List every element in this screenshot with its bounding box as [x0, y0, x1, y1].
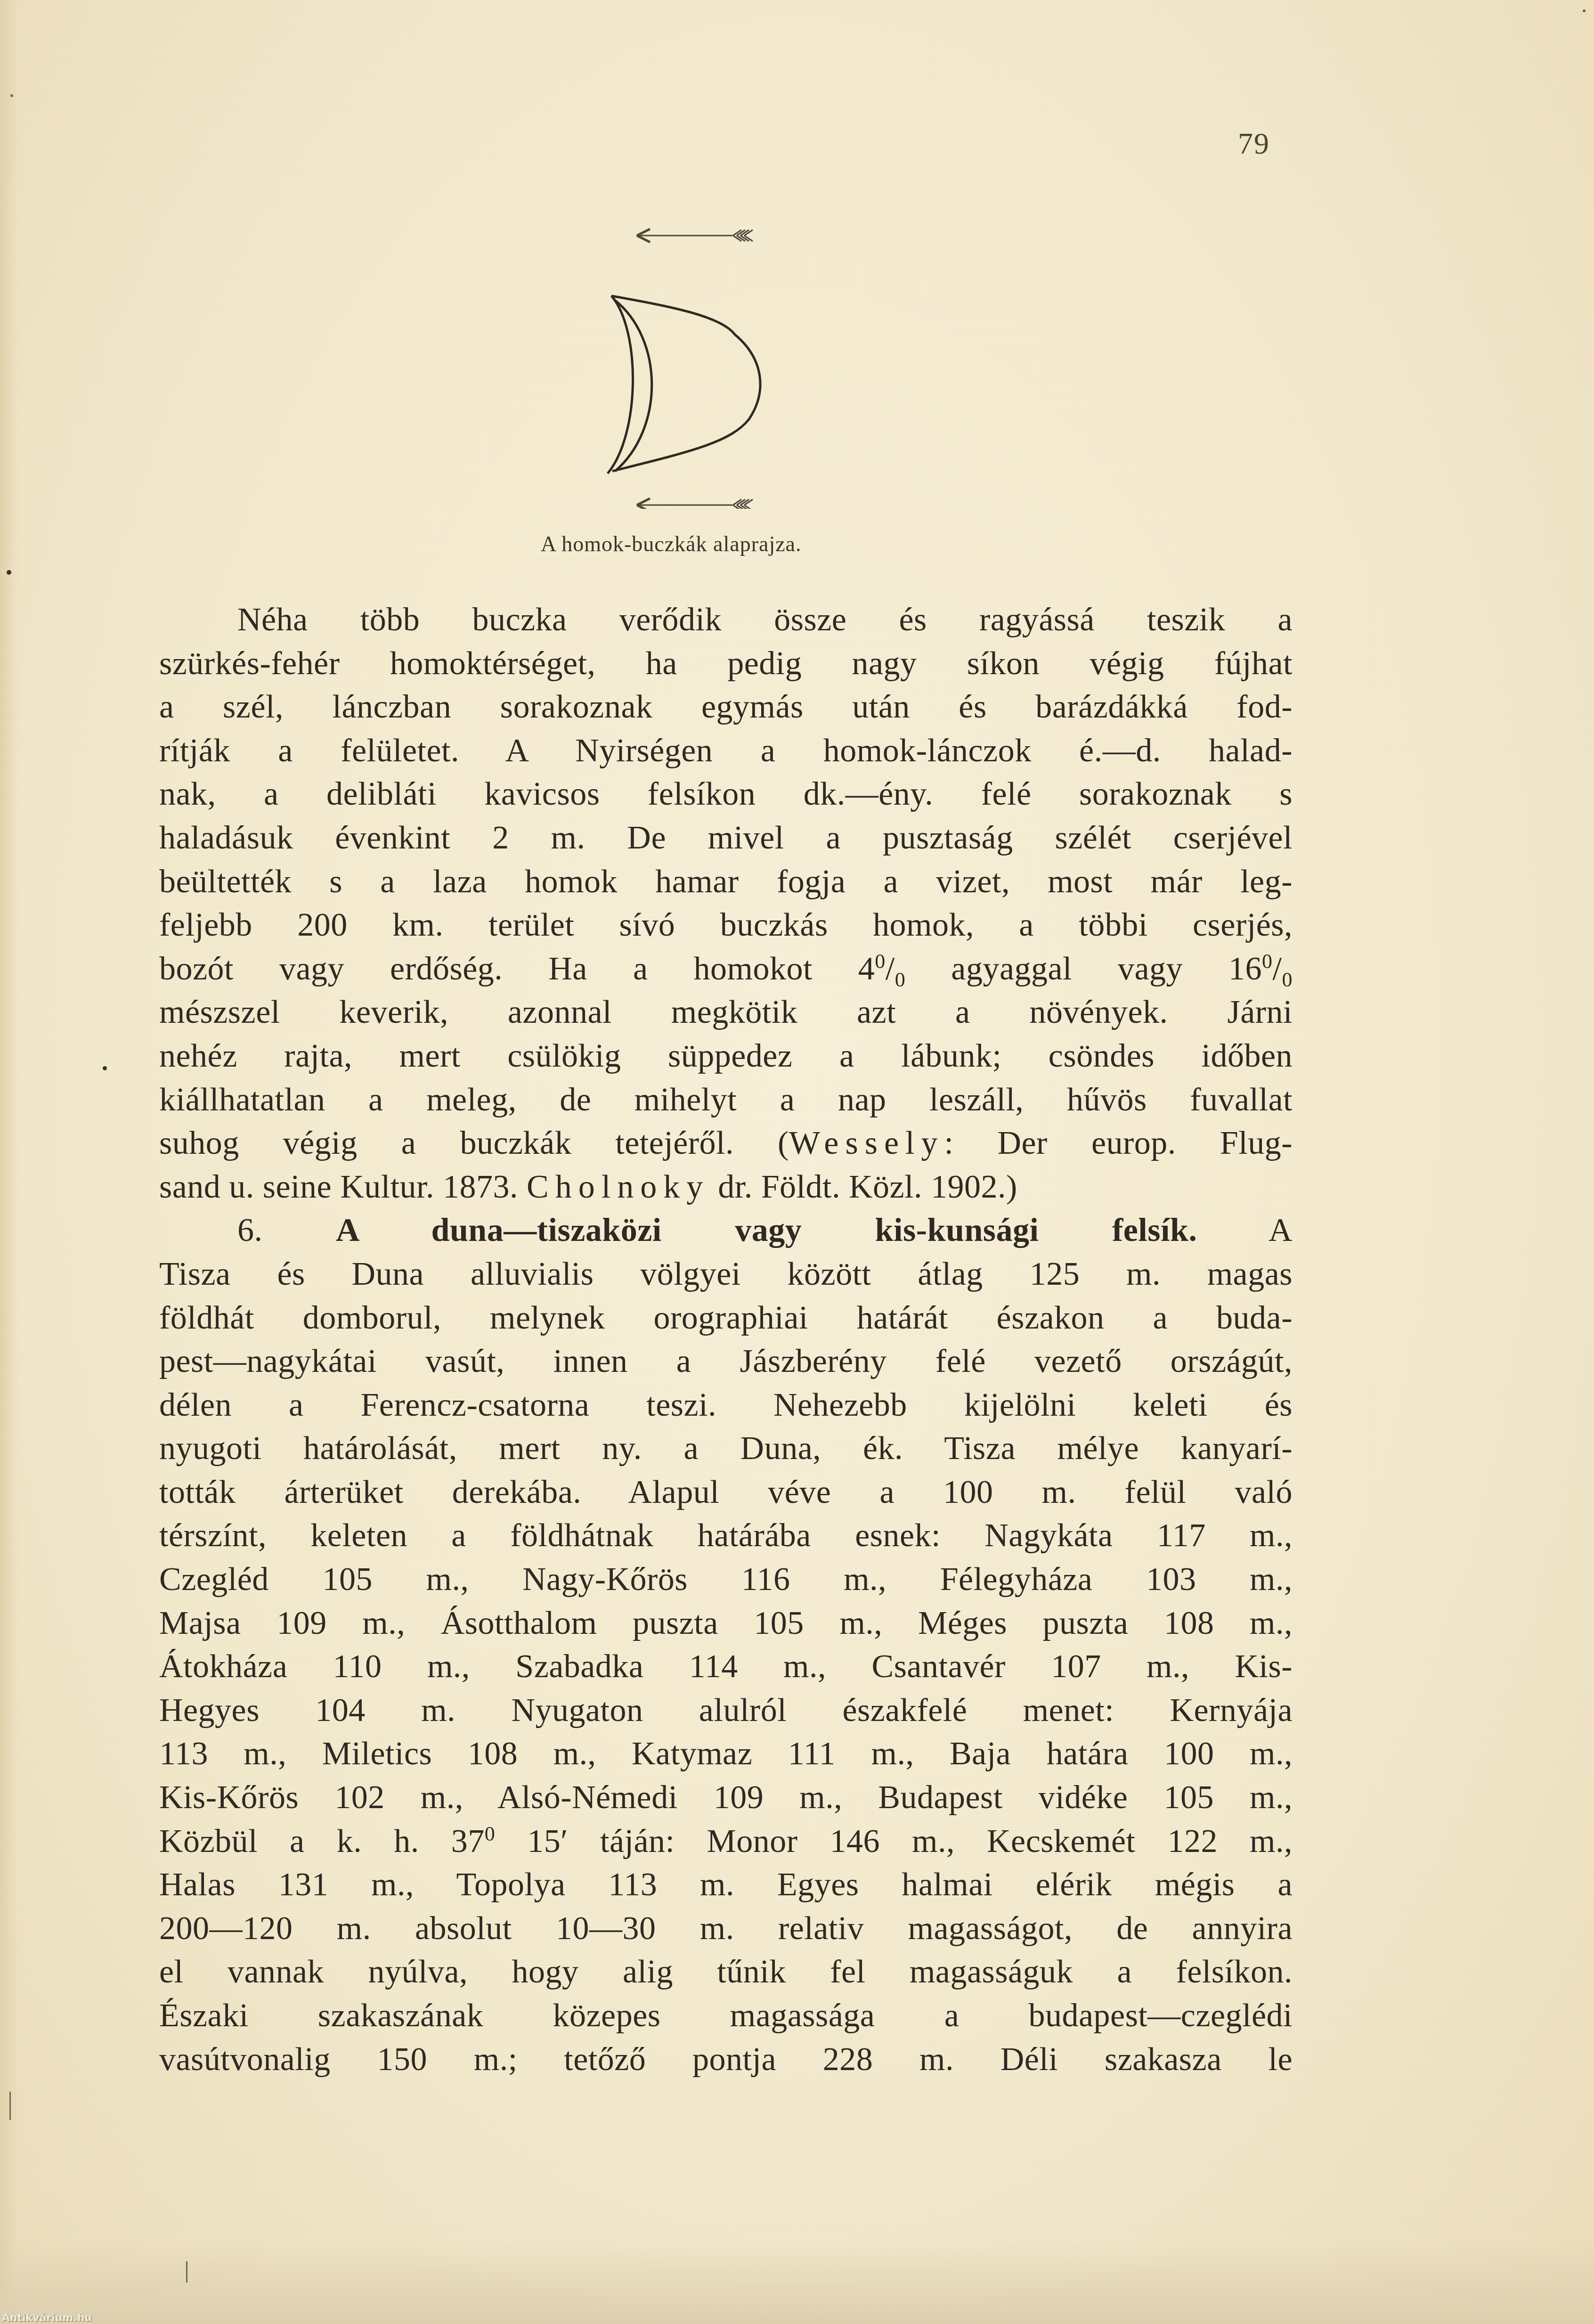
dune-figure	[594, 207, 886, 509]
text-line-citation: sand u. seine Kultur. 1873. Cholnoky dr.…	[159, 1166, 1293, 1209]
figure-caption: A homok-buczkák alaprajza.	[541, 531, 802, 556]
page-bottom-shadow	[0, 2239, 1594, 2324]
text-line: délen a Ferencz-csatorna teszi. Nehezebb…	[159, 1384, 1293, 1427]
text-line-percent: bozót vagy erdőség. Ha a homokot 40/0 ag…	[159, 947, 1293, 991]
cited-author: Wessely	[789, 1125, 944, 1161]
text-line: 113 m., Miletics 108 m., Katymaz 111 m.,…	[159, 1732, 1293, 1776]
text-line: nak, a delibláti kavicsos felsíkon dk.—é…	[159, 773, 1293, 816]
text-fragment: dr. Földt. Közl. 1902.)	[709, 1169, 1017, 1205]
percent-slash: /	[1273, 951, 1282, 987]
section-heading: A duna—tiszaközi vagy kis-kunsági felsík…	[336, 1212, 1197, 1248]
text-line: Átokháza 110 m., Szabadka 114 m., Csanta…	[159, 1645, 1293, 1689]
section-number: 6.	[237, 1212, 263, 1248]
text-line-degree: Közbül a k. h. 370 15′ táján: Monor 146 …	[159, 1820, 1293, 1864]
text-fragment: suhog végig a buczkák tetejéről. (	[159, 1125, 789, 1161]
text-line: Hegyes 104 m. Nyugaton alulról északfelé…	[159, 1689, 1293, 1733]
scan-mark	[9, 2092, 11, 2120]
text-line: nyugoti határolását, mert ny. a Duna, ék…	[159, 1427, 1293, 1471]
text-line: szürkés-fehér homoktérséget, ha pedig na…	[159, 642, 1293, 686]
text-line: Czegléd 105 m., Nagy-Kőrös 116 m., Féleg…	[159, 1558, 1293, 1602]
text-fragment: Közbül a k. h. 37	[159, 1823, 485, 1859]
text-line: a szél, lánczban sorakoznak egymás után …	[159, 685, 1293, 729]
watermark: Antikvárium.hu	[2, 2312, 92, 2324]
text-line: Északi szakaszának közepes magassága a b…	[159, 1994, 1293, 2038]
text-fragment: agyaggal vagy 16	[905, 951, 1262, 987]
text-line: feljebb 200 km. terület sívó buczkás hom…	[159, 904, 1293, 947]
scan-mark	[186, 2261, 187, 2283]
text-line: el vannak nyúlva, hogy alig tűnik fel ma…	[159, 1950, 1293, 1994]
percent-sub: 0	[1282, 968, 1293, 991]
text-line: vasútvonalig 150 m.; tetőző pontja 228 m…	[159, 2038, 1293, 2082]
percent-sup: 0	[875, 949, 886, 972]
text-line: Halas 131 m., Topolya 113 m. Egyes halma…	[159, 1863, 1293, 1907]
scan-speck	[1583, 9, 1586, 12]
page-edge-shadow	[0, 0, 19, 2324]
text-fragment: sand u. seine Kultur. 1873.	[159, 1169, 527, 1205]
cited-author: Cholnoky	[527, 1169, 709, 1205]
body-text: Néha több buczka verődik össze és ragyás…	[159, 598, 1293, 2081]
text-fragment: : Der europ. Flug-	[944, 1125, 1293, 1161]
degree-sup: 0	[485, 1822, 496, 1845]
percent-slash: /	[886, 951, 895, 987]
text-line: Kis-Kőrös 102 m., Alsó-Némedi 109 m., Bu…	[159, 1776, 1293, 1820]
scan-speck	[103, 1066, 107, 1070]
text-line: 200—120 m. absolut 10—30 m. relativ maga…	[159, 1907, 1293, 1951]
section-heading-line: 6. A duna—tiszaközi vagy kis-kunsági fel…	[159, 1209, 1293, 1253]
dune-outline-icon	[608, 296, 760, 473]
text-line-citation: suhog végig a buczkák tetejéről. (Wessel…	[159, 1122, 1293, 1166]
page-number: 79	[1238, 126, 1270, 161]
scan-speck	[10, 94, 13, 97]
text-line: Néha több buczka verődik össze és ragyás…	[159, 598, 1293, 642]
arrow-left-icon	[637, 229, 753, 242]
arrow-left-icon	[637, 498, 753, 509]
text-line: beültették s a laza homok hamar fogja a …	[159, 860, 1293, 904]
text-line: földhát domborul, melynek orographiai ha…	[159, 1297, 1293, 1340]
text-line: nehéz rajta, mert csülökig süppedez a lá…	[159, 1035, 1293, 1078]
text-line: kiállhatatlan a meleg, de mihelyt a nap …	[159, 1078, 1293, 1122]
text-line: Tisza és Duna alluvialis völgyei között …	[159, 1253, 1293, 1297]
text-fragment: 15′ táján: Monor 146 m., Kecskemét 122 m…	[495, 1823, 1293, 1859]
percent-sup: 0	[1262, 949, 1273, 972]
text-line: haladásuk évenkint 2 m. De mivel a puszt…	[159, 816, 1293, 860]
text-line: mészszel keverik, azonnal megkötik azt a…	[159, 991, 1293, 1035]
text-line: rítják a felületet. A Nyirségen a homok-…	[159, 729, 1293, 773]
text-line: pest—nagykátai vasút, innen a Jászberény…	[159, 1340, 1293, 1384]
text-line: Majsa 109 m., Ásotthalom puszta 105 m., …	[159, 1602, 1293, 1646]
text-line: térszínt, keleten a földhátnak határába …	[159, 1514, 1293, 1558]
percent-sub: 0	[895, 968, 906, 991]
text-line: tották árterüket derekába. Alapul véve a…	[159, 1471, 1293, 1515]
text-fragment: A	[1197, 1212, 1293, 1248]
scan-speck	[7, 570, 11, 575]
text-fragment: bozót vagy erdőség. Ha a homokot 4	[159, 951, 875, 987]
